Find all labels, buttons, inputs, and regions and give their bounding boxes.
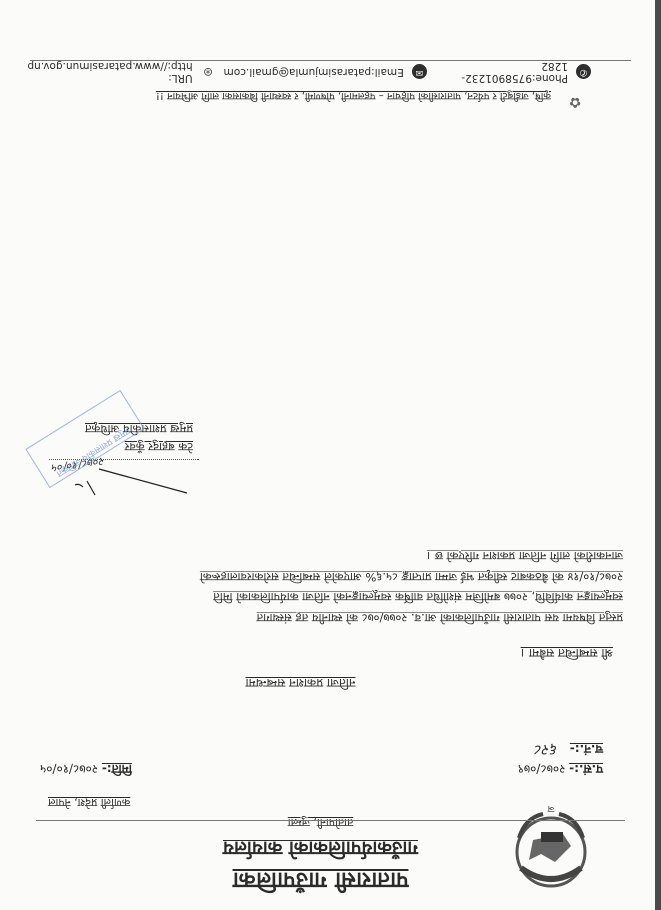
scanner-edge [655,0,661,910]
email-icon: ✉ [412,65,427,80]
ref-value: २०७८/०७९ [518,762,566,776]
header-divider [36,820,331,821]
letter-body: प्रस्तुत विषयमा यस पातारासी गाउँपालिकाको… [43,546,623,628]
dispatch-label: च.नं.:- [570,742,603,756]
footer-contacts: ✆ Phone:9758901232-1282 ✉ Email:patarasi… [0,60,591,84]
office-address: तातोपानी, जुम्ला [0,815,661,830]
dispatch-number: च.नं.:- ६२८ [535,740,603,760]
dispatch-value: ६२८ [535,741,558,759]
scanned-letter: ञ पातारासी गाउँपालिका गाउँकार्यपालिकाको … [0,0,661,910]
subject-line: नतिजा प्रकाशन सम्बन्धमा [0,675,661,692]
date-value: २०७८/१०/०५ [40,762,98,776]
ref-label: प.सं.:- [569,762,603,776]
province: कर्णाली प्रदेश, नेपाल [48,795,130,810]
globe-icon: ⊛ [201,65,216,80]
reference-number: प.सं.:- २०७८/०७९ [518,761,603,778]
office-name: गाउँकार्यपालिकाको कार्यालय [0,836,661,862]
body-line: २०७८/१०/१४ को बैठकबाट स्वीकृत भई जम्मा प… [43,567,623,588]
body-line: प्रस्तुत विषयमा यस पातारासी गाउँपालिकाको… [43,608,623,629]
recipient: श्री सम्बन्धित सबैमा । [521,645,613,662]
header-divider-2 [325,820,625,821]
flower-ornament-icon: ✿ [569,94,581,110]
footer-url[interactable]: URL: http://www.patarasimun.gov.np [0,60,193,84]
footer-email[interactable]: Email:patarasimjumla@gmail.com [224,66,404,78]
footer-phone: Phone:9758901232-1282 [435,60,568,84]
body-line: जानकारीको लागि नतिजा प्रकाशन गरिएको छ । [43,546,623,567]
svg-text:ञ: ञ [547,803,554,813]
phone-icon: ✆ [576,65,591,80]
footer-slogan: कृषि, जडीबुटी र पर्यटन, पातारासीको पहिचा… [156,90,551,104]
letter-date: मिति:- २०७८/१०/०५ [40,761,132,778]
body-line: स्वमूल्याङ्कन कार्यविधि, २०७७ बमोजिम संश… [43,587,623,608]
date-label: मिति:- [102,762,132,776]
signatory-name: टेक बहादुर कुँवर [125,439,193,454]
municipality-name: पातारासी गाउँपालिका [0,866,661,896]
